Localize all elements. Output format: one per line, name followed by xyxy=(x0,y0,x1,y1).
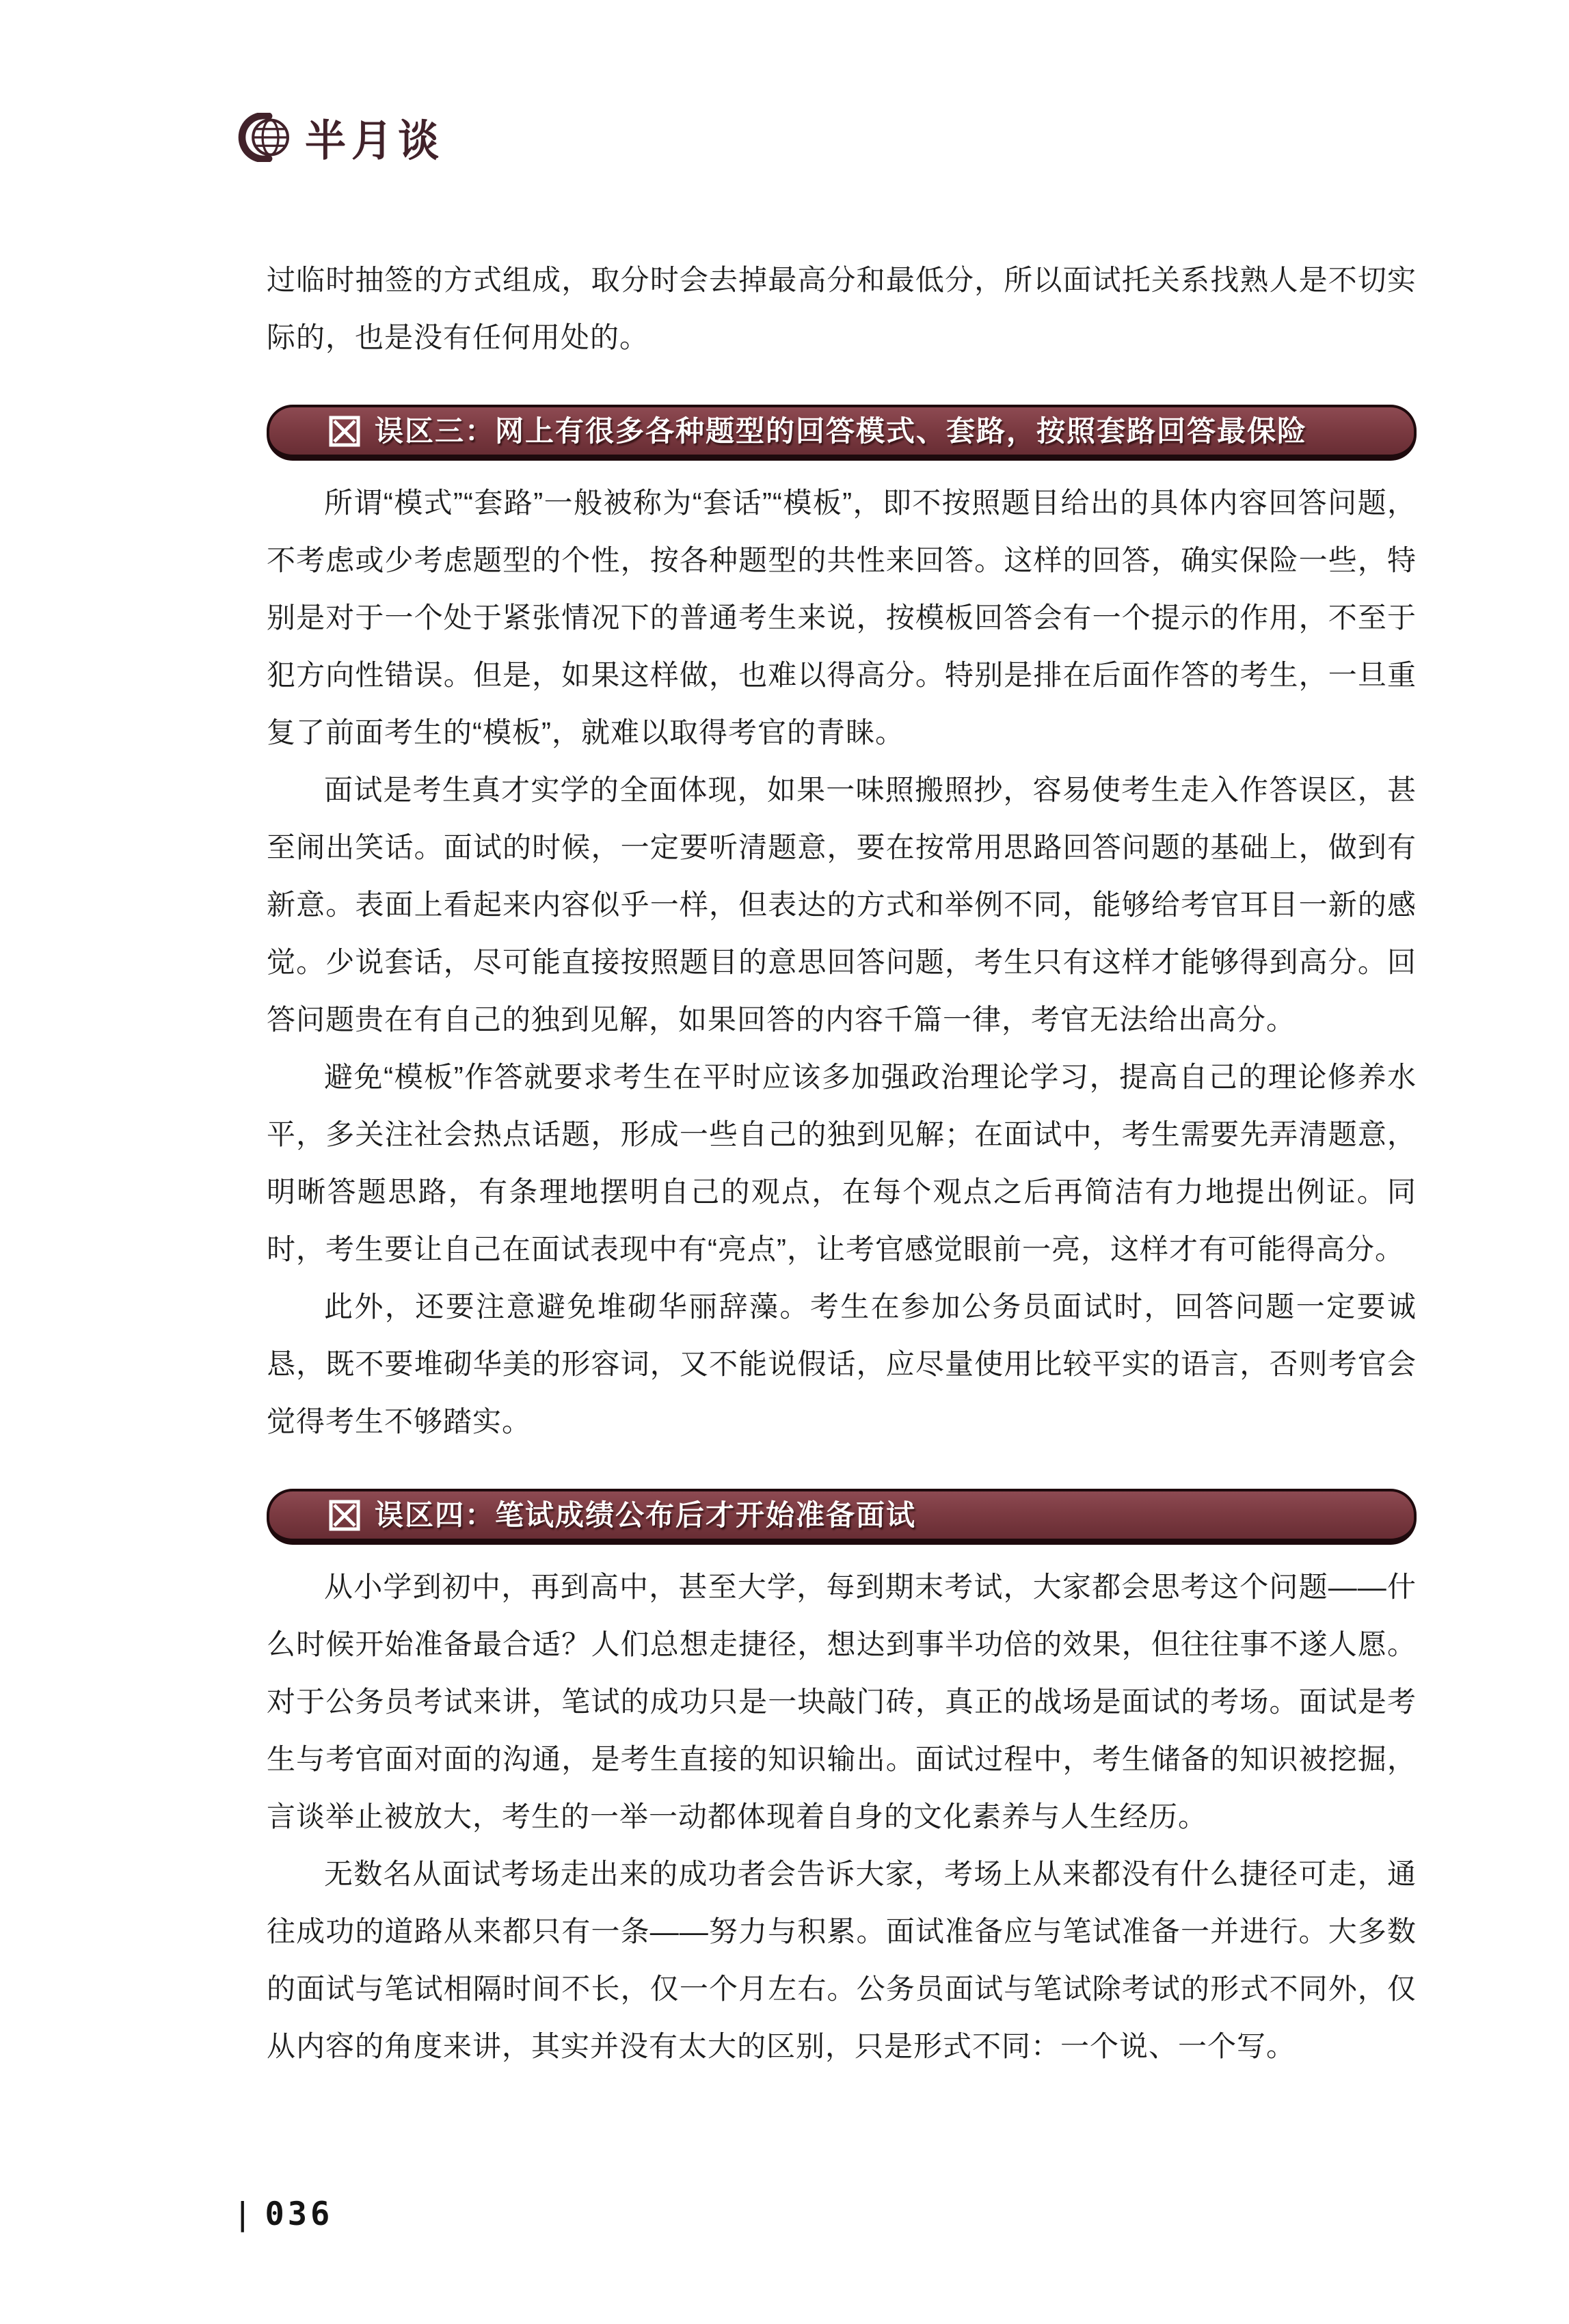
boxed-x-icon xyxy=(328,1499,361,1532)
banner-title: 误区三：网上有很多各种题型的回答模式、套路，按照套路回答最保险 xyxy=(375,403,1307,460)
paragraph: 无数名从面试考场走出来的成功者会告诉大家，考场上从来都没有什么捷径可走，通往成功… xyxy=(267,1846,1417,2075)
page-number: 036 xyxy=(265,2195,333,2233)
paragraph: 面试是考生真才实学的全面体现，如果一味照搬照抄，容易使考生走入作答误区，甚至闹出… xyxy=(267,761,1417,1049)
section-banner-misconception-4: 误区四：笔试成绩公布后才开始准备面试 xyxy=(267,1489,1417,1545)
footer-divider: | xyxy=(239,2195,245,2233)
globe-icon xyxy=(238,113,294,162)
page-footer: | 036 xyxy=(238,2195,333,2233)
paragraph: 从小学到初中，再到高中，甚至大学，每到期末考试，大家都会思考这个问题——什么时候… xyxy=(267,1558,1417,1846)
banner-title: 误区四：笔试成绩公布后才开始准备面试 xyxy=(375,1487,916,1544)
magazine-logo: 半月谈 xyxy=(238,108,444,167)
section-banner-misconception-3: 误区三：网上有很多各种题型的回答模式、套路，按照套路回答最保险 xyxy=(267,405,1417,461)
logo-text: 半月谈 xyxy=(305,107,444,168)
paragraph: 此外，还要注意避免堆砌华丽辞藻。考生在参加公务员面试时，回答问题一定要诚恳，既不… xyxy=(267,1278,1417,1450)
intro-paragraph: 过临时抽签的方式组成，取分时会去掉最高分和最低分，所以面试托关系找熟人是不切实际… xyxy=(267,252,1417,366)
paragraph: 避免“模板”作答就要求考生在平时应该多加强政治理论学习，提高自己的理论修养水平，… xyxy=(267,1049,1417,1278)
boxed-x-icon xyxy=(328,415,361,448)
paragraph: 所谓“模式”“套路”一般被称为“套话”“模板”，即不按照题目给出的具体内容回答问… xyxy=(267,474,1417,761)
page-content: 过临时抽签的方式组成，取分时会去掉最高分和最低分，所以面试托关系找熟人是不切实际… xyxy=(267,252,1417,2075)
